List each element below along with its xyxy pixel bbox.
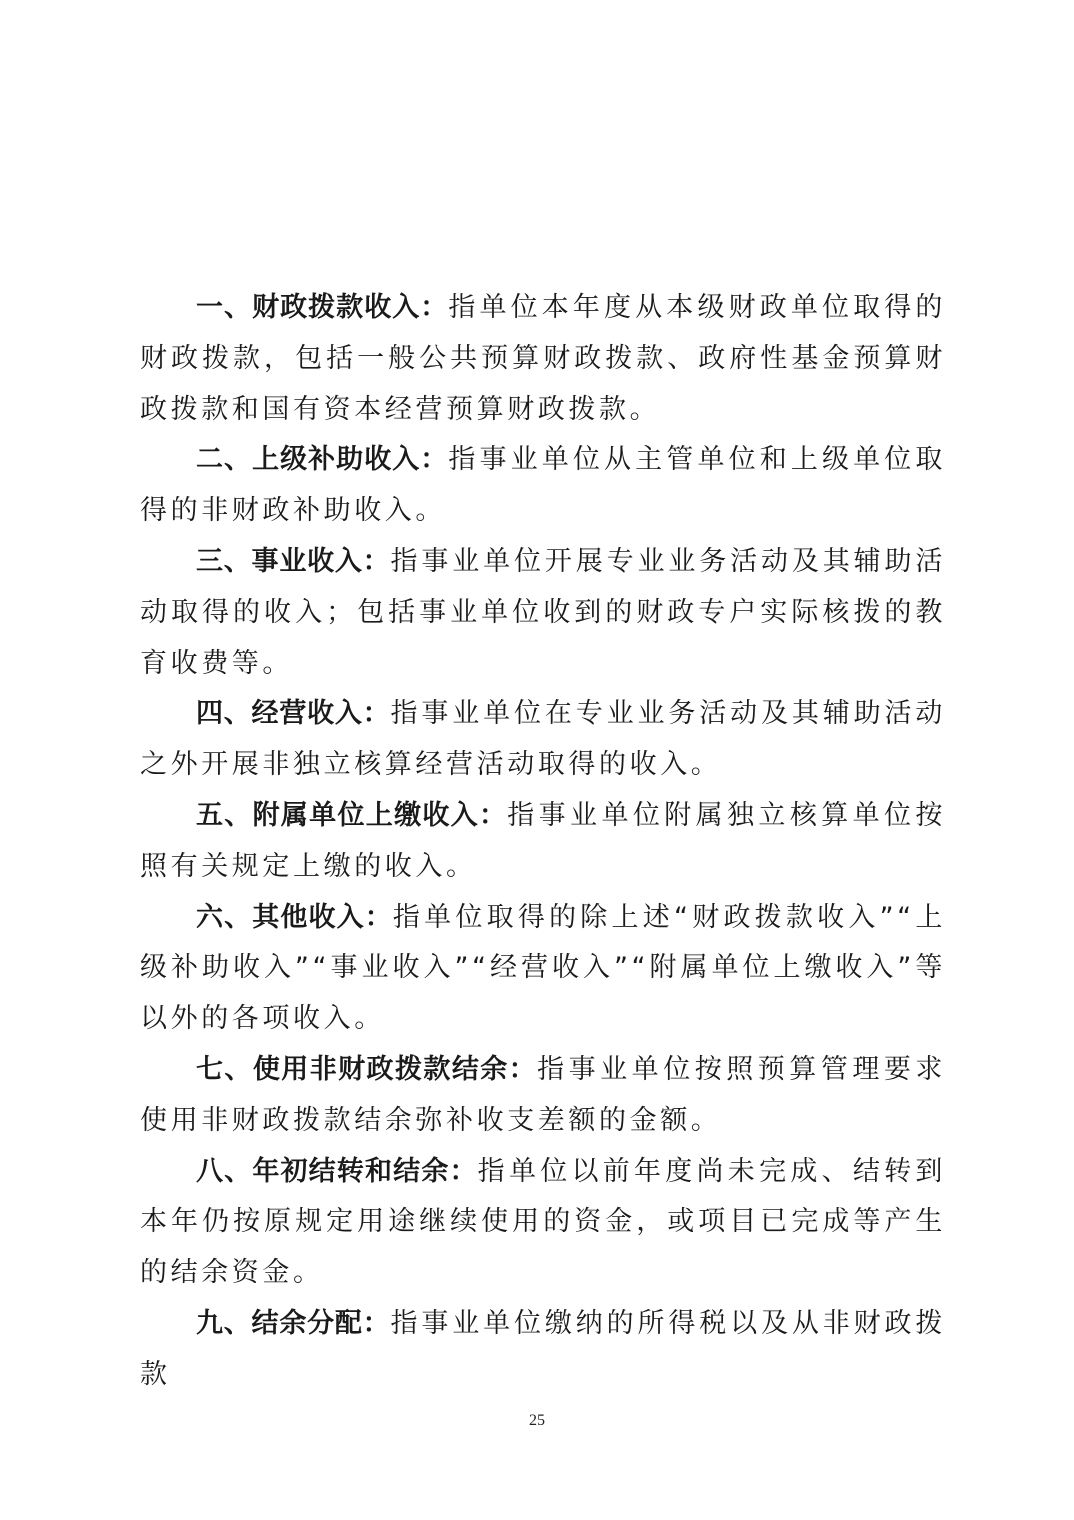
term-heading: 六、其他收入： xyxy=(196,902,393,933)
term-heading: 八、年初结转和结余： xyxy=(196,1156,478,1187)
term-heading: 一、财政拨款收入： xyxy=(196,292,448,323)
paragraph-non-fiscal-balance-use: 七、使用非财政拨款结余：指事业单位按照预算管理要求使用非财政拨款结余弥补收支差额… xyxy=(140,1045,946,1147)
term-heading: 五、附属单位上缴收入： xyxy=(196,800,507,831)
paragraph-beginning-carryover: 八、年初结转和结余：指单位以前年度尚未完成、结转到本年仍按原规定用途继续使用的资… xyxy=(140,1147,946,1299)
paragraph-other-income: 六、其他收入：指单位取得的除上述“财政拨款收入”“上级补助收入”“事业收入”“经… xyxy=(140,893,946,1045)
paragraph-subsidiary-remittance-income: 五、附属单位上缴收入：指事业单位附属独立核算单位按照有关规定上缴的收入。 xyxy=(140,791,946,893)
term-heading: 九、结余分配： xyxy=(196,1308,390,1339)
document-body: 一、财政拨款收入：指单位本年度从本级财政单位取得的财政拨款，包括一般公共预算财政… xyxy=(140,283,946,1401)
paragraph-fiscal-appropriation-income: 一、财政拨款收入：指单位本年度从本级财政单位取得的财政拨款，包括一般公共预算财政… xyxy=(140,283,946,435)
term-heading: 三、事业收入： xyxy=(196,546,390,577)
term-heading: 四、经营收入： xyxy=(196,698,390,729)
paragraph-business-income: 三、事业收入：指事业单位开展专业业务活动及其辅助活动取得的收入；包括事业单位收到… xyxy=(140,537,946,689)
paragraph-balance-distribution: 九、结余分配：指事业单位缴纳的所得税以及从非财政拨款 xyxy=(140,1299,946,1401)
document-page: 一、财政拨款收入：指单位本年度从本级财政单位取得的财政拨款，包括一般公共预算财政… xyxy=(0,0,1074,1520)
page-number: 25 xyxy=(0,1412,1074,1430)
term-heading: 七、使用非财政拨款结余： xyxy=(196,1054,537,1085)
paragraph-operating-income: 四、经营收入：指事业单位在专业业务活动及其辅助活动之外开展非独立核算经营活动取得… xyxy=(140,689,946,791)
term-heading: 二、上级补助收入： xyxy=(196,444,448,475)
paragraph-superior-subsidy-income: 二、上级补助收入：指事业单位从主管单位和上级单位取得的非财政补助收入。 xyxy=(140,435,946,537)
